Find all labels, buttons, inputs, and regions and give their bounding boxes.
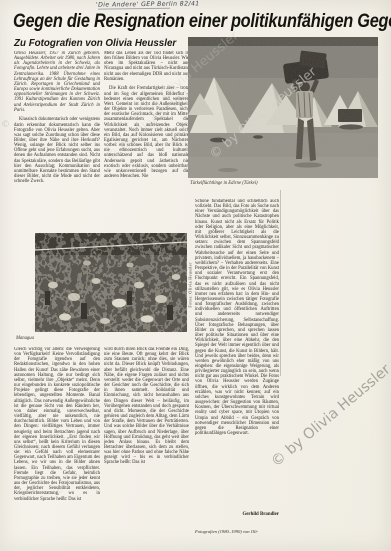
scanned-article-page: 'Die Andere' GEP Berlin 82/41 Gegen die … (0, 0, 391, 551)
column1-lower-paragraph: Gleich wichtig vor allem: die Verweigeru… (14, 347, 100, 502)
copyright-watermark: © by Olivia Heussler (268, 362, 391, 471)
column2-lower-paragraph: wird durch ihren Blick das Fremde ein Di… (104, 347, 189, 466)
author-bio: Olivia Heussler, 1957 in Zürich geboren.… (14, 51, 100, 113)
article-headline: Gegen die Resignation einer politikunfäh… (13, 11, 391, 33)
column1-bottom: Gleich wichtig vor allem: die Verweigeru… (14, 347, 100, 545)
column3-paragraph: Schöne fundamental und schließlich auch … (195, 199, 279, 436)
crowd-photo (35, 233, 187, 332)
photo-credit-vertical: Fotos: Olivia Heussler (188, 238, 194, 333)
tent-camp-photo-image (188, 37, 378, 178)
column1-top: Olivia Heussler, 1957 in Zürich geboren.… (14, 51, 100, 232)
author-byline: Gerhild Brandler (195, 512, 279, 517)
column2-paragraph-1: Mehr das Leben als der Tod findet sich i… (104, 51, 189, 82)
article-subtitle: Zu Fotografien von Olivia Heussler (14, 38, 176, 49)
column1-paragraph: Klassisch dokumentarisch oder wenigstens… (14, 117, 100, 184)
crowd-photo-image (35, 233, 187, 332)
photo2-caption: Managua (16, 336, 34, 341)
column2-top: Mehr das Leben als der Tod findet sich i… (104, 51, 189, 232)
copyright-symbol-watermark: © (1, 120, 10, 130)
column-rule (280, 190, 281, 376)
photo1-caption: Türkeiflüchtlinge in Edirne (Türkei) (190, 181, 258, 186)
exhibition-footnote: Fotografien (1980–1990) von Oli- (195, 529, 315, 534)
column3: Schöne fundamental und schließlich auch … (195, 199, 279, 508)
tent-camp-photo (188, 37, 378, 178)
handwritten-note: 'Die Andere' GEP Berlin 82/41 (96, 0, 200, 8)
column2-paragraph-2: Die Kraft der Fremdartigkeit aber – trot… (104, 86, 189, 179)
column2-bottom: wird durch ihren Blick das Fremde ein Di… (104, 347, 189, 538)
